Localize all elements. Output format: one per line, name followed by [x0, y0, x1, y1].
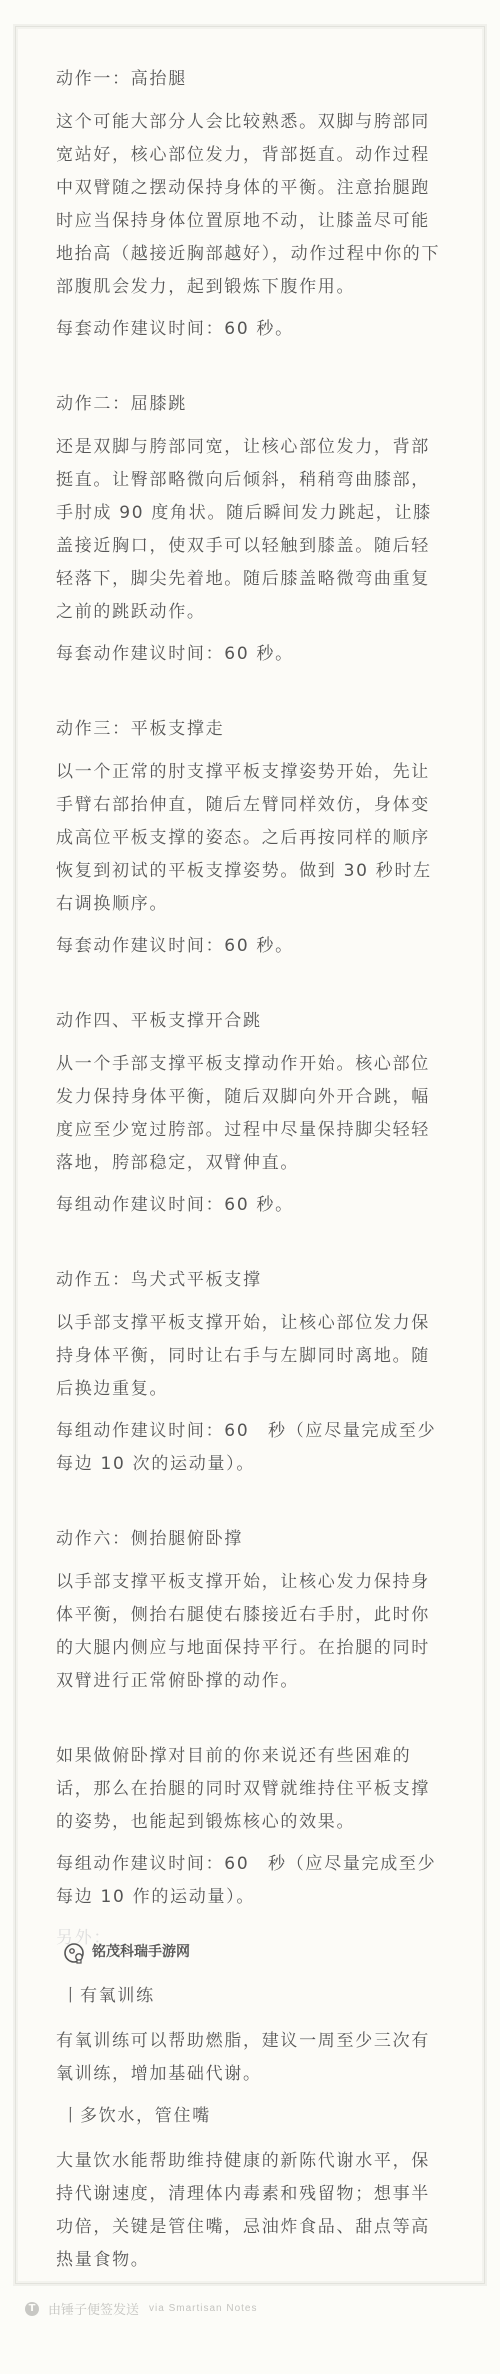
subsection-title: 有氧训练	[80, 1986, 155, 2006]
section-title: 动作三：平板支撑走	[56, 713, 448, 746]
section-paragraph: 以手部支撑平板支撑开始，让核心部位发力保持身体平衡，同时让右手与左脚同时离地。随…	[56, 1307, 448, 1406]
section-time: 每套动作建议时间：60 秒。	[56, 638, 448, 671]
section-time: 每组动作建议时间：60 秒（应尽量完成至少每边 10 次的运动量）。	[56, 1415, 448, 1481]
section-title: 动作五：鸟犬式平板支撑	[56, 1264, 448, 1297]
watermark-row: 另外： 铭茂科瑞手游网	[56, 1922, 448, 1980]
section-title: 动作一：高抬腿	[56, 63, 448, 96]
section-paragraph: 以一个正常的肘支撑平板支撑姿势开始，先让手臂右部抬伸直，随后左臂同样效仿，身体变…	[56, 756, 448, 921]
smartisan-logo-icon: T	[25, 2302, 39, 2316]
watermark: 铭茂科瑞手游网	[62, 1936, 190, 1969]
section-title: 动作四、平板支撑开合跳	[56, 1005, 448, 1038]
section-time: 每组动作建议时间：60 秒（应尽量完成至少每边 10 作的运动量）。	[56, 1848, 448, 1914]
section-paragraph: 还是双脚与胯部同宽，让核心部位发力，背部挺直。让臀部略微向后倾斜，稍稍弯曲膝部，…	[56, 431, 448, 629]
subsection-text: 大量饮水能帮助维持健康的新陈代谢水平，保持代谢速度，清理体内毒素和残留物；想事半…	[56, 2145, 448, 2277]
note-content: 动作一：高抬腿 这个可能大部分人会比较熟悉。双脚与胯部同宽站好，核心部位发力，背…	[56, 63, 448, 2286]
subsection-heading: 丨有氧训练	[56, 1980, 448, 2013]
section-time: 每套动作建议时间：60 秒。	[56, 313, 448, 346]
watermark-text: 铭茂科瑞手游网	[92, 1936, 190, 1969]
footer: T 由锤子便签发送 via Smartisan Notes	[25, 2299, 258, 2318]
section-paragraph: 如果做俯卧撑对目前的你来说还有些困难的话，那么在抬腿的同时双臂就维持住平板支撑的…	[56, 1740, 448, 1839]
subsection-heading: 丨多饮水，管住嘴	[56, 2100, 448, 2133]
via-label: via Smartisan Notes	[149, 2303, 257, 2314]
section-paragraph: 以手部支撑平板支撑开始，让核心发力保持身体平衡，侧抬右腿使右膝接近右手肘，此时你…	[56, 1566, 448, 1698]
gamepad-logo-icon	[62, 1940, 88, 1966]
subsection-title: 多饮水，管住嘴	[80, 2106, 211, 2126]
section-paragraph: 这个可能大部分人会比较熟悉。双脚与胯部同宽站好，核心部位发力，背部挺直。动作过程…	[56, 106, 448, 304]
section-time: 每组动作建议时间：60 秒。	[56, 1189, 448, 1222]
section-time: 每套动作建议时间：60 秒。	[56, 930, 448, 963]
subsection-text: 有氧训练可以帮助燃脂，建议一周至少三次有氧训练，增加基础代谢。	[56, 2025, 448, 2091]
bar-marker: 丨	[56, 1980, 80, 2013]
section-title: 动作二：屈膝跳	[56, 388, 448, 421]
section-paragraph: 从一个手部支撑平板支撑动作开始。核心部位发力保持身体平衡，随后双脚向外开合跳，幅…	[56, 1048, 448, 1180]
bar-marker: 丨	[56, 2100, 80, 2133]
sent-by-label: 由锤子便签发送	[48, 2299, 139, 2318]
section-title: 动作六：侧抬腿俯卧撑	[56, 1523, 448, 1556]
